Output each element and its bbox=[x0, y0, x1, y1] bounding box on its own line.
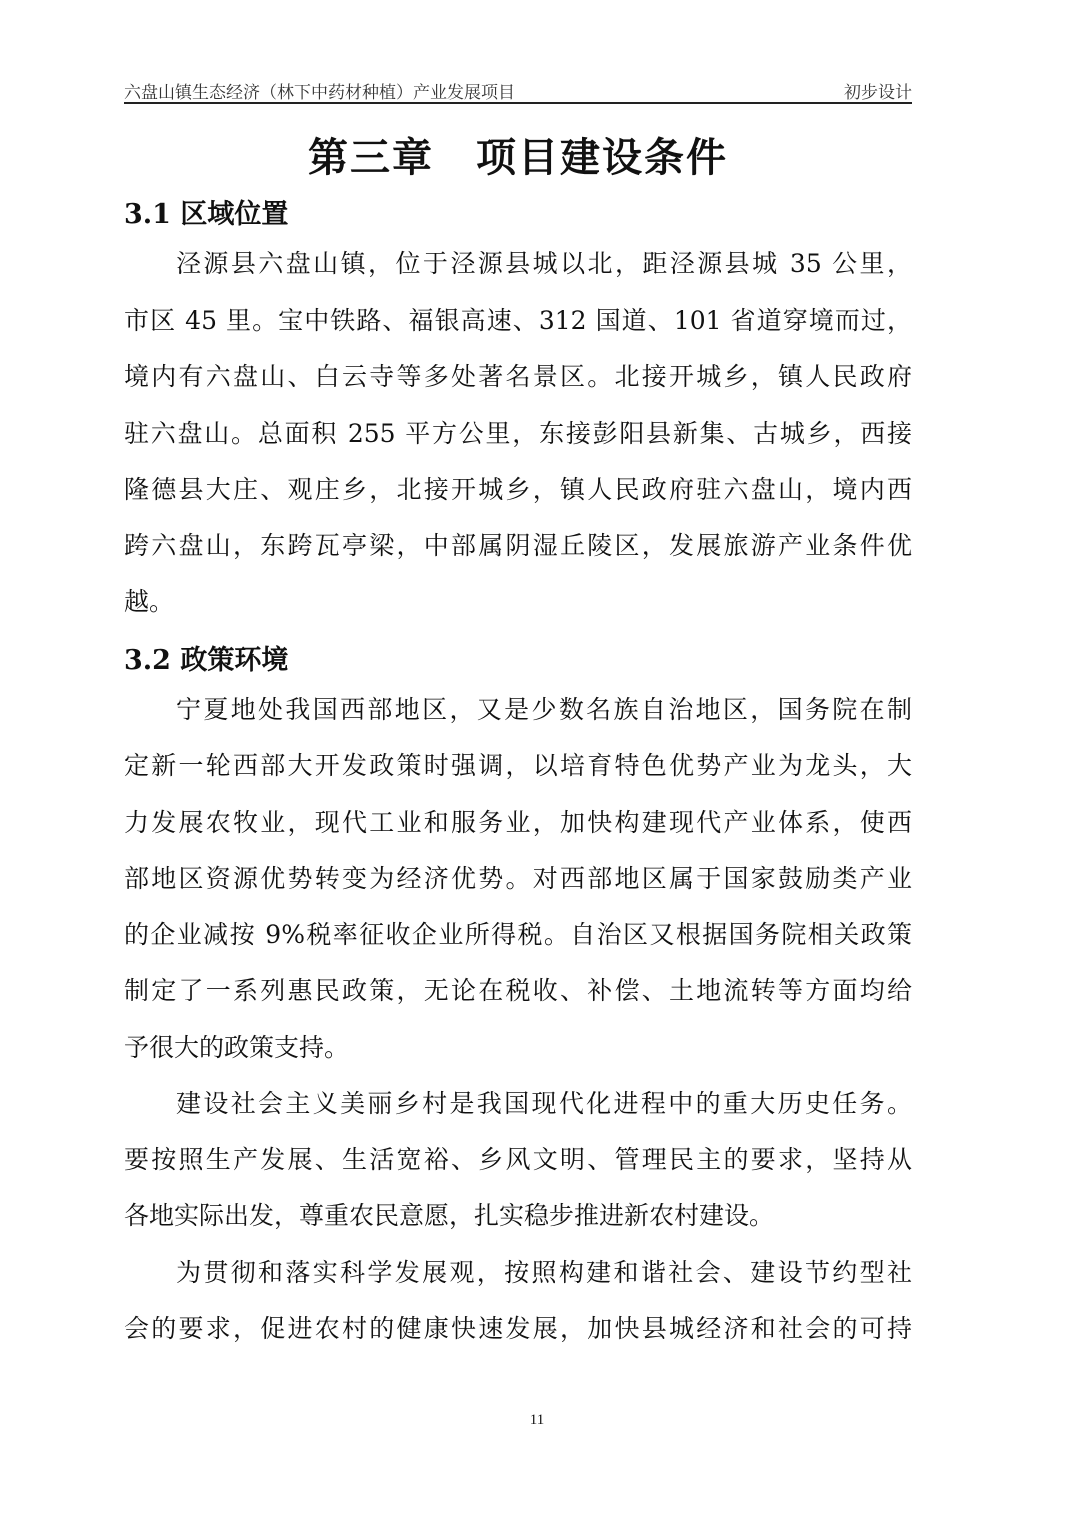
chapter-title: 第三章 项目建设条件 bbox=[124, 126, 912, 183]
paragraph-line: 力发展农牧业，现代工业和服务业，加快构建现代产业体系，使西 bbox=[124, 803, 912, 839]
paragraph-line: 定新一轮西部大开发政策时强调，以培育特色优势产业为龙头，大 bbox=[124, 746, 912, 782]
paragraph-line: 市区 45 里。宝中铁路、福银高速、312 国道、101 省道穿境而过， bbox=[124, 301, 912, 337]
paragraph-line: 予很大的政策支持。 bbox=[124, 1028, 912, 1064]
paragraph-line: 要按照生产发展、生活宽裕、乡风文明、管理民主的要求，坚持从 bbox=[124, 1140, 912, 1176]
paragraph-line: 跨六盘山，东跨瓦亭梁，中部属阴湿丘陵区，发展旅游产业条件优 bbox=[124, 526, 912, 562]
paragraph-line: 建设社会主义美丽乡村是我国现代化进程中的重大历史任务。 bbox=[176, 1084, 912, 1120]
header-doc-stage: 初步设计 bbox=[844, 78, 912, 103]
paragraph-line: 境内有六盘山、白云寺等多处著名景区。北接开城乡，镇人民政府 bbox=[124, 357, 912, 393]
header-project-title: 六盘山镇生态经济（林下中药材种植）产业发展项目 bbox=[124, 78, 515, 103]
paragraph-line: 为贯彻和落实科学发展观，按照构建和谐社会、建设节约型社 bbox=[176, 1253, 912, 1289]
page-number: 11 bbox=[0, 1412, 1074, 1429]
paragraph-line: 隆德县大庄、观庄乡，北接开城乡，镇人民政府驻六盘山，境内西 bbox=[124, 470, 912, 506]
paragraph-line: 泾源县六盘山镇，位于泾源县城以北，距泾源县城 35 公里， bbox=[176, 244, 912, 280]
paragraph-line: 会的要求，促进农村的健康快速发展，加快县城经济和社会的可持 bbox=[124, 1309, 912, 1345]
page-header: 六盘山镇生态经济（林下中药材种植）产业发展项目 初步设计 bbox=[124, 76, 912, 104]
section-heading-3-1: 3.1 区域位置 bbox=[124, 192, 288, 231]
paragraph-line: 的企业减按 9%税率征收企业所得税。自治区又根据国务院相关政策 bbox=[124, 915, 912, 951]
paragraph-line: 越。 bbox=[124, 582, 912, 618]
paragraph-line: 制定了一系列惠民政策，无论在税收、补偿、土地流转等方面均给 bbox=[124, 971, 912, 1007]
paragraph-line: 宁夏地处我国西部地区，又是少数名族自治地区，国务院在制 bbox=[176, 690, 912, 726]
section-heading-3-2: 3.2 政策环境 bbox=[124, 638, 288, 677]
paragraph-line: 部地区资源优势转变为经济优势。对西部地区属于国家鼓励类产业 bbox=[124, 859, 912, 895]
paragraph-line: 各地实际出发，尊重农民意愿，扎实稳步推进新农村建设。 bbox=[124, 1196, 912, 1232]
paragraph-line: 驻六盘山。总面积 255 平方公里，东接彭阳县新集、古城乡，西接 bbox=[124, 414, 912, 450]
